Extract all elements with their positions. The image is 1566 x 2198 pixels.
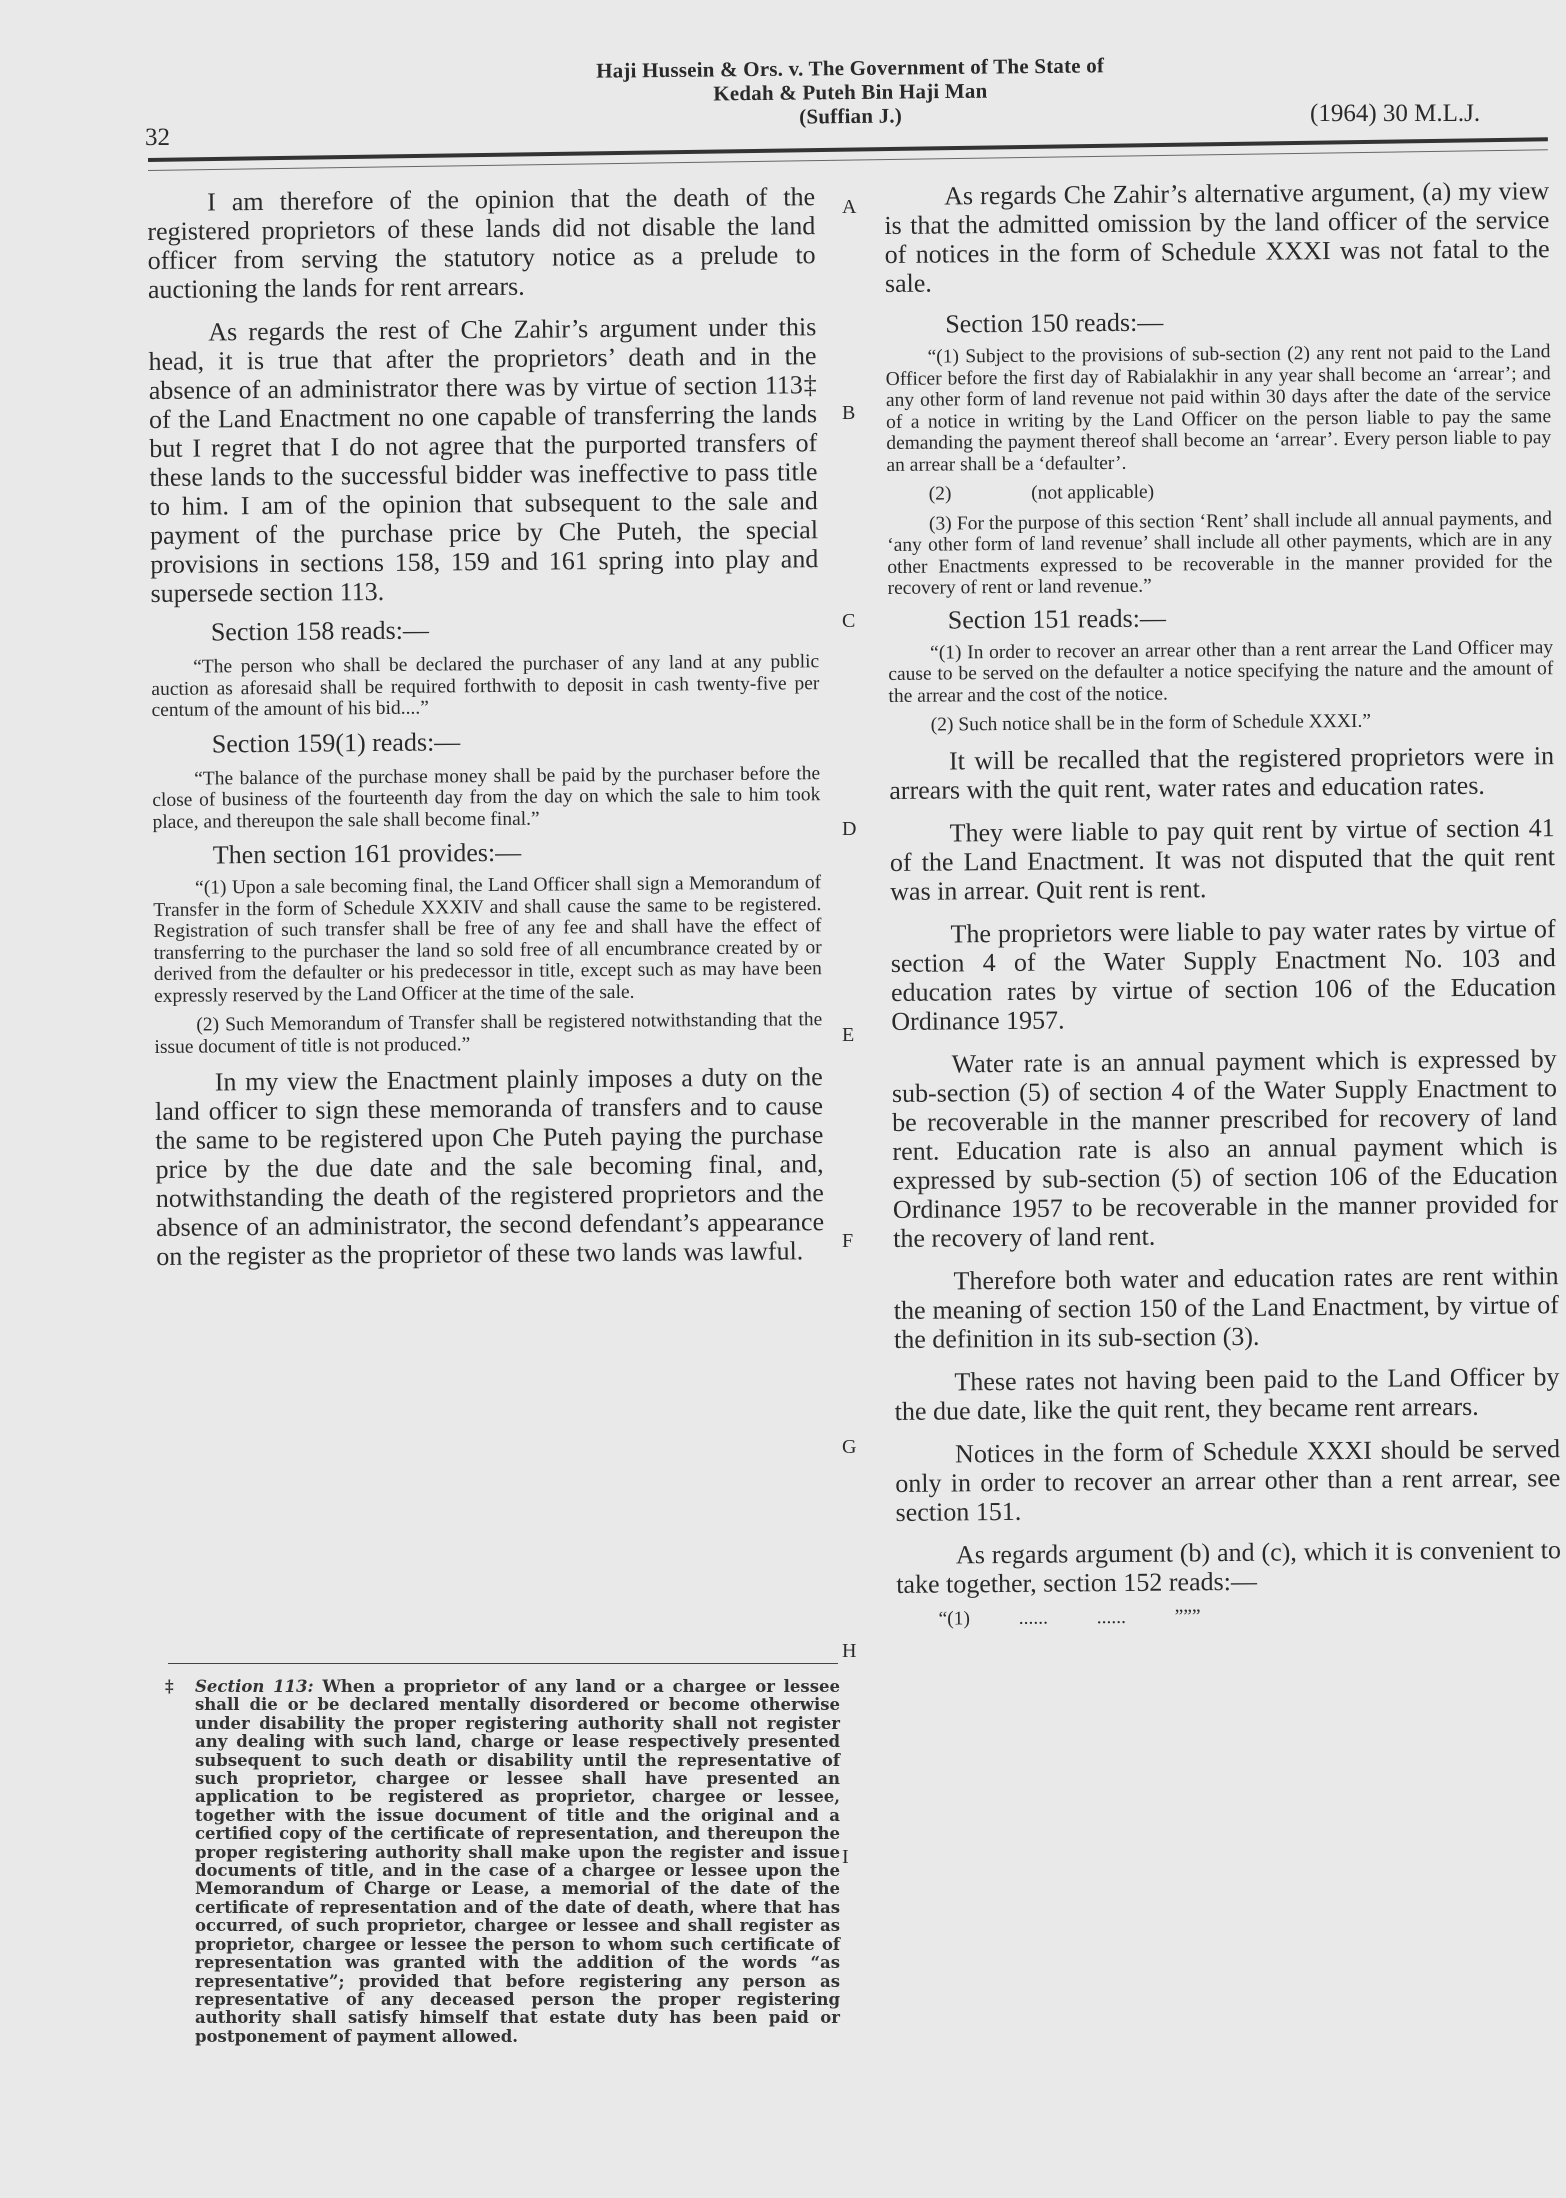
section-161-subsection-2: (2) Such Memorandum of Transfer shall be… [154, 1009, 822, 1058]
footnote-text: When a proprietor of any land or a charg… [195, 1677, 840, 2046]
section-158-heading: Section 158 reads:— [151, 612, 819, 647]
section-150-subsection-3: (3) For the purpose of this section ‘Ren… [887, 508, 1553, 600]
margin-letter-f: F [842, 1230, 853, 1253]
right-paragraph-1: As regards Che Zahir’s alternative argum… [884, 176, 1550, 298]
section-151-heading: Section 151 reads:— [888, 600, 1553, 635]
margin-letter-d: D [842, 818, 856, 841]
right-paragraph-2: It will be recalled that the registered … [889, 741, 1554, 805]
margin-letter-a: A [842, 196, 856, 219]
right-paragraph-8: Notices in the form of Schedule XXXI sho… [895, 1434, 1561, 1527]
right-paragraph-6: Therefore both water and education rates… [893, 1261, 1559, 1354]
running-header-title: Haji Hussein & Ors. v. The Government of… [470, 52, 1231, 132]
footnote-marker: ‡ [165, 1678, 174, 1696]
section-151-subsection-2: (2) Such notice shall be in the form of … [889, 709, 1554, 736]
section-152-quote: “(1) ...... ...... ””” [896, 1603, 1561, 1630]
footnote-label: Section 113: [195, 1677, 314, 1696]
section-161-heading: Then section 161 provides:— [153, 835, 821, 870]
section-150-heading: Section 150 reads:— [885, 304, 1550, 339]
law-report-page: Haji Hussein & Ors. v. The Government of… [0, 0, 1566, 2198]
margin-letter-e: E [842, 1024, 854, 1047]
right-column: As regards Che Zahir’s alternative argum… [884, 176, 1562, 1630]
subsection-2-text: (not applicable) [1031, 482, 1154, 504]
header-rule-thin [148, 149, 1548, 171]
margin-letter-b: B [842, 402, 855, 425]
left-paragraph-2: As regards the rest of Che Zahir’s argum… [148, 312, 819, 608]
margin-letter-c: C [842, 610, 855, 633]
right-paragraph-9: As regards argument (b) and (c), which i… [896, 1535, 1561, 1599]
left-paragraph-1: I am therefore of the opinion that the d… [147, 182, 816, 304]
header-rule-thick [148, 137, 1548, 162]
section-161-subsection-1: “(1) Upon a sale becoming final, the Lan… [153, 872, 822, 1007]
margin-letter-g: G [842, 1436, 856, 1459]
right-paragraph-3: They were liable to pay quit rent by vir… [890, 813, 1556, 906]
right-paragraph-4: The proprietors were liable to pay water… [890, 914, 1556, 1036]
footnote: ‡ Section 113: When a proprietor of any … [165, 1678, 840, 2046]
left-paragraph-3: In my view the Enactment plainly imposes… [155, 1062, 825, 1271]
section-159-heading: Section 159(1) reads:— [152, 724, 820, 759]
section-150-subsection-1: “(1) Subject to the provisions of sub-se… [885, 341, 1551, 476]
margin-letter-i: I [842, 1846, 849, 1869]
section-151-subsection-1: “(1) In order to recover an arrear other… [888, 637, 1554, 707]
page-number: 32 [145, 124, 170, 152]
right-paragraph-5: Water rate is an annual payment which is… [892, 1044, 1559, 1253]
left-column: I am therefore of the opinion that the d… [147, 182, 824, 1271]
subsection-2-number: (2) [929, 483, 952, 504]
section-158-quote: “The person who shall be declared the pu… [151, 651, 820, 721]
right-paragraph-7: These rates not having been paid to the … [894, 1362, 1559, 1426]
margin-letter-h: H [842, 1640, 856, 1663]
citation: (1964) 30 M.L.J. [1310, 100, 1480, 128]
section-150-subsection-2: (2) (not applicable) [887, 478, 1552, 505]
footnote-rule [168, 1663, 838, 1664]
section-159-quote: “The balance of the purchase money shall… [152, 763, 821, 833]
